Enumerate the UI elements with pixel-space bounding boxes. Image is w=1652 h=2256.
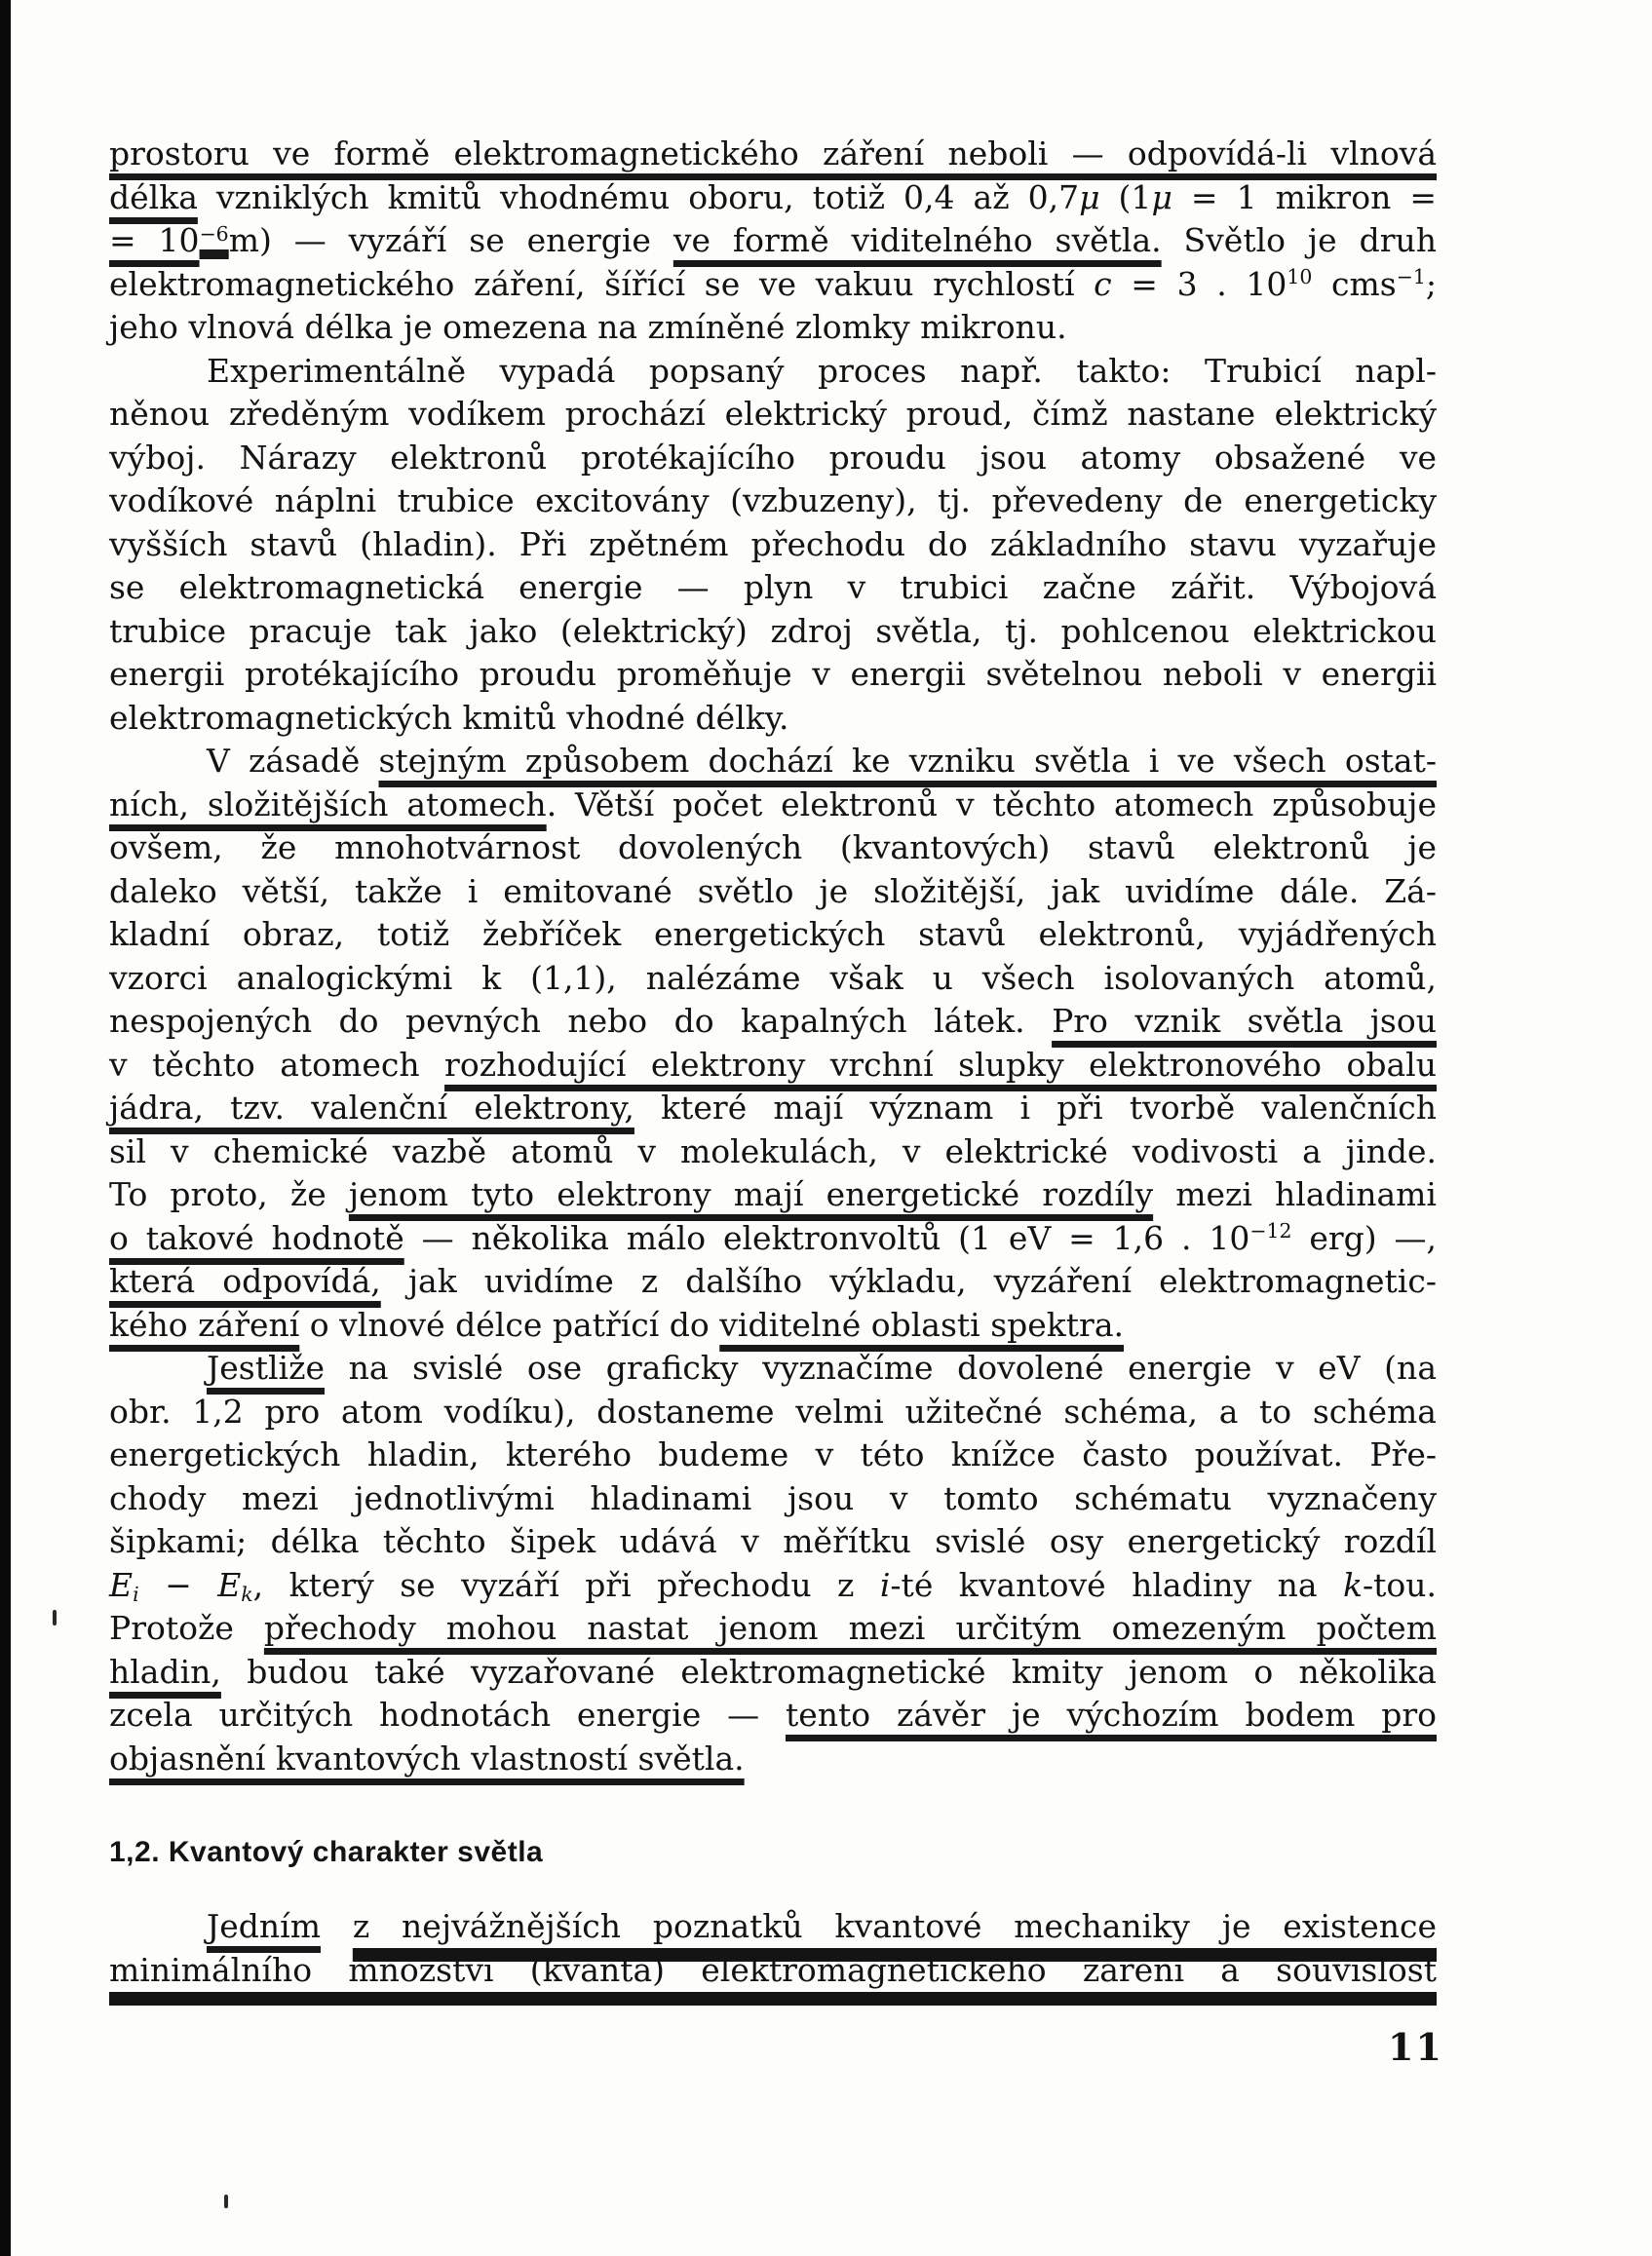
pen-underlined-text: z nejvážnějších poznatků kvantové mechan… (353, 1907, 1437, 1945)
text-line: = 10−6m) — vyzáří se energie ve formě vi… (109, 219, 1437, 263)
text-segment: μ (1151, 178, 1172, 216)
text-segment: μ (1079, 178, 1099, 216)
text-segment: erg) —, (1291, 1219, 1437, 1257)
text-line: Experimentálně vypadá popsaný proces nap… (109, 350, 1437, 394)
text-segment: -té kvantové hladiny na (890, 1566, 1343, 1604)
text-line: nespojených do pevných nebo do kapalných… (109, 1000, 1437, 1044)
scan-speck (53, 1610, 57, 1625)
text-line: výboj. Nárazy elektronů protékajícího pr… (109, 437, 1437, 480)
scan-edge-artifact (0, 0, 11, 2256)
paragraph: Experimentálně vypadá popsaný proces nap… (109, 350, 1437, 741)
text-block: prostoru ve formě elektromagnetického zá… (109, 133, 1437, 1992)
text-segment: v těchto atomech (109, 1046, 444, 1084)
text-segment: E (109, 1566, 133, 1604)
pen-underlined-text: o takové hodnotě (109, 1219, 404, 1257)
text-line: jeho vlnová délka je omezena na zmíněné … (109, 306, 1437, 350)
text-line: prostoru ve formě elektromagnetického zá… (109, 133, 1437, 176)
text-segment: i (133, 1583, 139, 1606)
text-segment: daleko větší, takže i emitované světlo j… (109, 872, 1437, 910)
text-segment: = 3 . 10 (1112, 265, 1287, 303)
text-segment: obr. 1,2 pro atom vodíku), dostaneme vel… (109, 1393, 1437, 1431)
text-line: kladní obraz, totiž žebříček energetický… (109, 913, 1437, 957)
text-segment: V zásadě (207, 742, 379, 780)
pen-underlined-text: −6 (200, 222, 229, 246)
section-heading: 1,2. Kvantový charakter světla (109, 1831, 1437, 1870)
text-line: která odpovídá, jak uvidíme z dalšího vý… (109, 1260, 1437, 1304)
text-line: Protože přechody mohou nastat jenom mezi… (109, 1607, 1437, 1651)
text-line: se elektromagnetická energie — plyn v tr… (109, 566, 1437, 610)
text-segment: sil v chemické vazbě atomů v molekulách,… (109, 1132, 1437, 1170)
text-segment: nespojených do pevných nebo do kapalných… (109, 1002, 1052, 1040)
text-line: sil v chemické vazbě atomů v molekulách,… (109, 1130, 1437, 1174)
text-line: obr. 1,2 pro atom vodíku), dostaneme vel… (109, 1391, 1437, 1434)
text-line: šipkami; délka těchto šipek udává v měří… (109, 1520, 1437, 1564)
text-segment: výboj. Nárazy elektronů protékajícího pr… (109, 439, 1437, 477)
text-line: Jedním z nejvážnějších poznatků kvantové… (109, 1905, 1437, 1949)
text-segment: trubice pracuje tak jako (elektrický) zd… (109, 612, 1437, 650)
text-line: minimálního množství (kvanta) elektromag… (109, 1949, 1437, 1993)
pen-underlined-text: délka (109, 178, 198, 216)
text-segment: = 1 mikron = (1172, 178, 1437, 216)
text-segment: − (139, 1566, 218, 1604)
text-segment: m) — vyzáří se energie (229, 221, 673, 259)
text-segment: energii protékajícího proudu proměňuje v… (109, 655, 1437, 693)
text-segment (321, 1907, 353, 1945)
text-line: délka vzniklých kmitů vhodnému oboru, to… (109, 176, 1437, 220)
text-segment: na svislé ose graficky vyznačíme dovolen… (325, 1349, 1437, 1387)
text-segment: vzorci analogickými k (1,1), nalézáme vš… (109, 959, 1437, 997)
text-segment: −12 (1249, 1219, 1291, 1243)
text-line: o takové hodnotě — několika málo elektro… (109, 1217, 1437, 1261)
text-line: vodíkové náplni trubice excitovány (vzbu… (109, 479, 1437, 523)
text-segment: ; (1426, 265, 1437, 303)
text-segment: -tou. (1363, 1566, 1437, 1604)
text-line: objasnění kvantových vlastností světla. (109, 1738, 1437, 1781)
text-line: zcela určitých hodnotách energie — tento… (109, 1694, 1437, 1738)
text-segment: E (217, 1566, 241, 1604)
text-segment: cms (1312, 265, 1396, 303)
text-segment: jeho vlnová délka je omezena na zmíněné … (109, 308, 1067, 346)
text-segment: ovšem, že mnohotvárnost dovolených (kvan… (109, 828, 1437, 866)
text-segment: elektromagnetických kmitů vhodné délky. (109, 699, 789, 737)
text-segment: něnou zředěným vodíkem prochází elektric… (109, 395, 1437, 433)
text-line: trubice pracuje tak jako (elektrický) zd… (109, 610, 1437, 654)
text-segment: elektromagnetického záření, šířící se ve… (109, 265, 1094, 303)
text-segment: — několika málo elektronvoltů (1 eV = 1,… (404, 1219, 1250, 1257)
text-line: elektromagnetického záření, šířící se ve… (109, 263, 1437, 307)
pen-underlined-text: kého záření (109, 1306, 299, 1344)
text-line: energii protékajícího proudu proměňuje v… (109, 653, 1437, 697)
text-segment: To proto, že (109, 1175, 349, 1213)
text-segment: vzniklých kmitů vhodnému oboru, totiž 0,… (198, 178, 1079, 216)
pen-underlined-text: ve formě viditelného světla. (673, 221, 1162, 259)
pen-underlined-text: jádra, tzv. valenční elektrony, (109, 1089, 634, 1127)
paragraph: prostoru ve formě elektromagnetického zá… (109, 133, 1437, 350)
text-line: vyšších stavů (hladin). Při zpětném přec… (109, 523, 1437, 567)
scan-speck (224, 2195, 228, 2208)
text-segment: Protože (109, 1609, 264, 1647)
text-line: ních, složitějších atomech. Větší počet … (109, 784, 1437, 827)
text-line: V zásadě stejným způsobem dochází ke vzn… (109, 740, 1437, 784)
text-segment: (1 (1100, 178, 1152, 216)
text-segment: kladní obraz, totiž žebříček energetický… (109, 915, 1437, 953)
pen-underlined-text: viditelné oblasti spektra. (719, 1306, 1124, 1344)
text-line: energetických hladin, kterého budeme v t… (109, 1434, 1437, 1477)
pen-underlined-text: jenom tyto elektrony mají energetické ro… (349, 1175, 1153, 1213)
text-segment: vodíkové náplni trubice excitovány (vzbu… (109, 481, 1437, 519)
text-line: něnou zředěným vodíkem prochází elektric… (109, 393, 1437, 437)
text-line: Jestliže na svislé ose graficky vyznačím… (109, 1347, 1437, 1391)
text-line: Ei − Ek, který se vyzáří při přechodu z … (109, 1564, 1437, 1608)
pen-underlined-text: Pro vznik světla jsou (1052, 1002, 1437, 1040)
text-line: vzorci analogickými k (1,1), nalézáme vš… (109, 957, 1437, 1001)
text-line: To proto, že jenom tyto elektrony mají e… (109, 1173, 1437, 1217)
text-segment: mezi hladinami (1153, 1175, 1437, 1213)
pen-underlined-text: minimálního množství (kvanta) elektromag… (109, 1951, 1437, 1989)
paragraph: V zásadě stejným způsobem dochází ke vzn… (109, 740, 1437, 1347)
text-segment: k (1343, 1566, 1363, 1604)
text-line: jádra, tzv. valenční elektrony, které ma… (109, 1087, 1437, 1130)
text-segment: které mají význam i při tvorbě valenčníc… (634, 1089, 1437, 1127)
text-segment: zcela určitých hodnotách energie — (109, 1696, 786, 1734)
pen-underlined-text: která odpovídá, (109, 1262, 381, 1300)
paragraph: Jestliže na svislé ose graficky vyznačím… (109, 1347, 1437, 1780)
text-segment: se elektromagnetická energie — plyn v tr… (109, 568, 1437, 606)
text-segment: , který se vyzáří při přechodu z (253, 1566, 880, 1604)
pen-underlined-text: stejným způsobem dochází ke vzniku světl… (379, 742, 1438, 780)
text-line: daleko větší, takže i emitované světlo j… (109, 870, 1437, 914)
pen-underlined-text: objasnění kvantových vlastností světla. (109, 1740, 745, 1778)
paragraph: Jedním z nejvážnějších poznatků kvantové… (109, 1905, 1437, 1992)
pen-underlined-text: rozhodující elektrony vrchní slupky elek… (444, 1046, 1437, 1084)
text-segment: Experimentálně vypadá popsaný proces nap… (207, 352, 1437, 390)
page-number: 11 (1388, 2025, 1443, 2069)
text-line: elektromagnetických kmitů vhodné délky. (109, 697, 1437, 741)
text-segment: . Větší počet elektronů v těchto atomech… (547, 785, 1437, 823)
text-segment: Světlo je druh (1162, 221, 1437, 259)
pen-underlined-text: Jedním (207, 1907, 321, 1945)
text-segment: jak uvidíme z dalšího výkladu, vyzáření … (381, 1262, 1437, 1300)
text-segment: k (241, 1583, 252, 1606)
pen-underlined-text: Jestliže (207, 1349, 325, 1387)
text-segment: chody mezi jednotlivými hladinami jsou v… (109, 1479, 1437, 1517)
pen-underlined-text: prostoru ve formě elektromagnetického zá… (109, 134, 1437, 172)
pen-underlined-text: hladin, (109, 1653, 221, 1691)
text-segment: energetických hladin, kterého budeme v t… (109, 1435, 1437, 1473)
text-segment: c (1094, 265, 1111, 303)
text-segment: šipkami; délka těchto šipek udává v měří… (109, 1522, 1437, 1560)
text-segment: −1 (1397, 265, 1426, 288)
text-line: chody mezi jednotlivými hladinami jsou v… (109, 1477, 1437, 1521)
pen-underlined-text: = 10 (109, 221, 200, 259)
pen-underlined-text: ních, složitějších atomech (109, 785, 547, 823)
text-line: hladin, budou také vyzařované elektromag… (109, 1651, 1437, 1695)
text-segment: 10 (1287, 265, 1312, 288)
text-line: ovšem, že mnohotvárnost dovolených (kvan… (109, 826, 1437, 870)
text-segment: i (880, 1566, 891, 1604)
text-line: v těchto atomech rozhodující elektrony v… (109, 1044, 1437, 1088)
text-segment: budou také vyzařované elektromagnetické … (221, 1653, 1437, 1691)
text-segment: o vlnové délce patřící do (299, 1306, 719, 1344)
book-page: prostoru ve formě elektromagnetického zá… (0, 0, 1652, 2256)
pen-underlined-text: tento závěr je výchozím bodem pro (786, 1696, 1437, 1734)
pen-underlined-text: přechody mohou nastat jenom mezi určitým… (264, 1609, 1437, 1647)
text-segment: vyšších stavů (hladin). Při zpětném přec… (109, 525, 1437, 563)
text-line: kého záření o vlnové délce patřící do vi… (109, 1304, 1437, 1348)
